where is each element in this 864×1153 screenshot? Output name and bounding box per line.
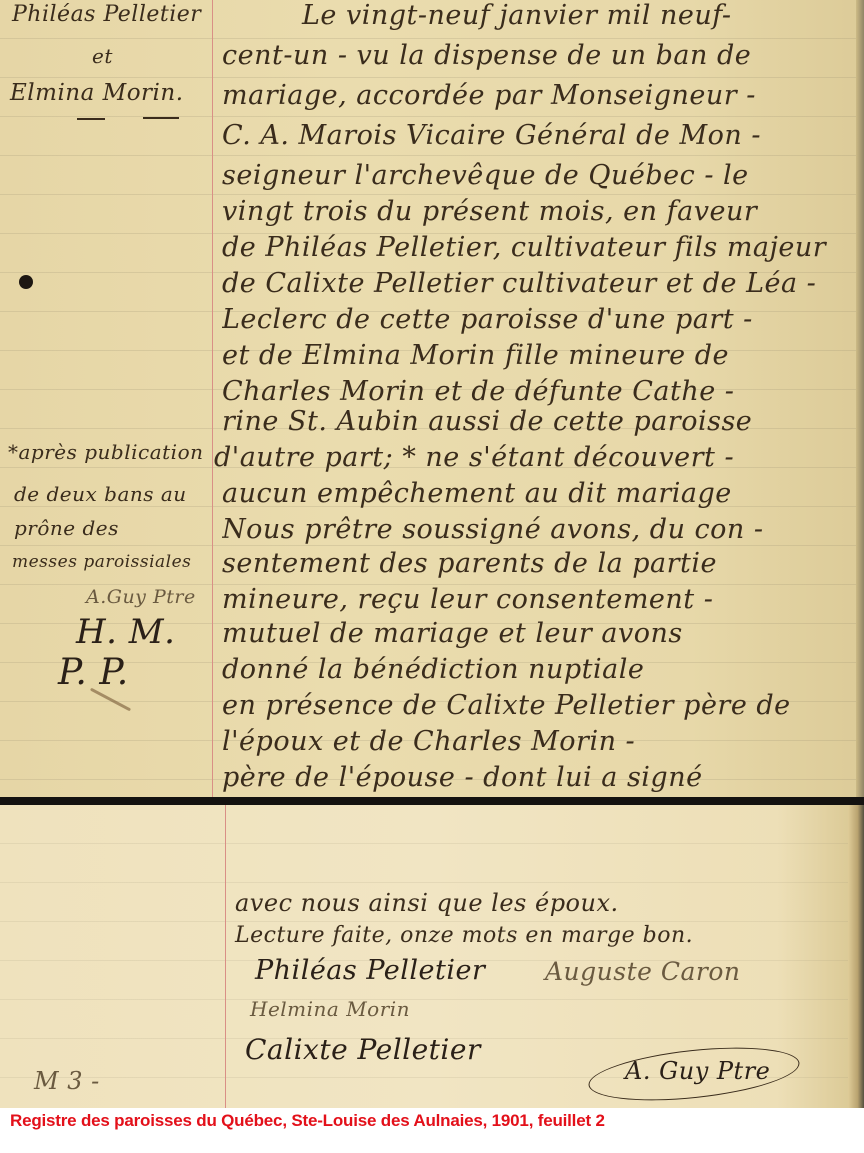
margin-note-line: messes paroissiales — [12, 552, 191, 572]
margin-conjunction: et — [92, 44, 113, 68]
entry-line: mutuel de mariage et leur avons — [222, 618, 842, 649]
entry-line: avec nous ainsi que les époux. — [235, 889, 619, 917]
margin-rule — [212, 0, 213, 797]
entry-line: d'autre part; * ne s'étant découvert - — [214, 442, 834, 473]
signature-priest: A. Guy Ptre — [625, 1057, 770, 1085]
entry-line: et de Elmina Morin fille mineure de — [222, 340, 842, 371]
margin-note: M 3 - — [34, 1067, 100, 1095]
entry-line: donné la bénédiction nuptiale — [222, 654, 842, 685]
entry-line: père de l'épouse - dont lui a signé — [222, 762, 842, 793]
signature-father: Calixte Pelletier — [245, 1033, 481, 1066]
entry-line: cent-un - vu la dispense de un ban de — [222, 40, 842, 71]
entry-line: mariage, accordée par Monseigneur - — [222, 80, 842, 111]
entry-line: sentement des parents de la partie — [222, 548, 842, 579]
entry-line: rine St. Aubin aussi de cette paroisse — [222, 406, 842, 437]
ink-blot — [19, 275, 33, 289]
margin-note-line: prône des — [14, 516, 119, 540]
margin-underline-dash — [143, 117, 179, 119]
margin-groom-name: Philéas Pelletier — [12, 2, 201, 27]
entry-line: C. A. Marois Vicaire Général de Mon - — [222, 120, 842, 151]
margin-note-line: de deux bans au — [14, 482, 187, 506]
register-page-lower: avec nous ainsi que les époux. Lecture f… — [0, 805, 864, 1108]
entry-line: Nous prêtre soussigné avons, du con - — [222, 514, 842, 545]
entry-line: l'époux et de Charles Morin - — [222, 726, 842, 757]
priest-initials: A.Guy Ptre — [86, 586, 196, 608]
entry-line: mineure, reçu leur consentement - — [222, 584, 842, 615]
margin-note-line: *après publication — [8, 440, 204, 464]
entry-line: aucun empêchement au dit mariage — [222, 478, 842, 509]
margin-bride-name: Elmina Morin. — [10, 80, 184, 106]
witness-initials: H. M. — [76, 612, 175, 652]
witness-initials: P. P. — [58, 652, 129, 693]
entry-line: Lecture faite, onze mots en marge bon. — [235, 923, 693, 948]
source-caption: Registre des paroisses du Québec, Ste-Lo… — [10, 1111, 605, 1131]
signature-groom: Philéas Pelletier — [255, 955, 485, 986]
entry-line: vingt trois du présent mois, en faveur — [222, 196, 842, 227]
entry-line: Le vingt-neuf janvier mil neuf- — [222, 0, 842, 31]
entry-line: seigneur l'archevêque de Québec - le — [222, 160, 842, 191]
entry-line: Charles Morin et de défunte Cathe - — [222, 376, 842, 407]
margin-underline-dash — [77, 118, 105, 120]
signature-bride: Helmina Morin — [250, 997, 410, 1021]
entry-line: Leclerc de cette paroisse d'une part - — [222, 304, 842, 335]
entry-line: en présence de Calixte Pelletier père de — [222, 690, 842, 721]
entry-line: de Philéas Pelletier, cultivateur fils m… — [222, 232, 842, 263]
signature-witness: Auguste Caron — [545, 957, 741, 986]
page-separator — [0, 797, 864, 805]
register-page-upper: Philéas Pelletier et Elmina Morin. *aprè… — [0, 0, 864, 797]
margin-rule — [225, 805, 226, 1108]
entry-line: de Calixte Pelletier cultivateur et de L… — [222, 268, 842, 299]
